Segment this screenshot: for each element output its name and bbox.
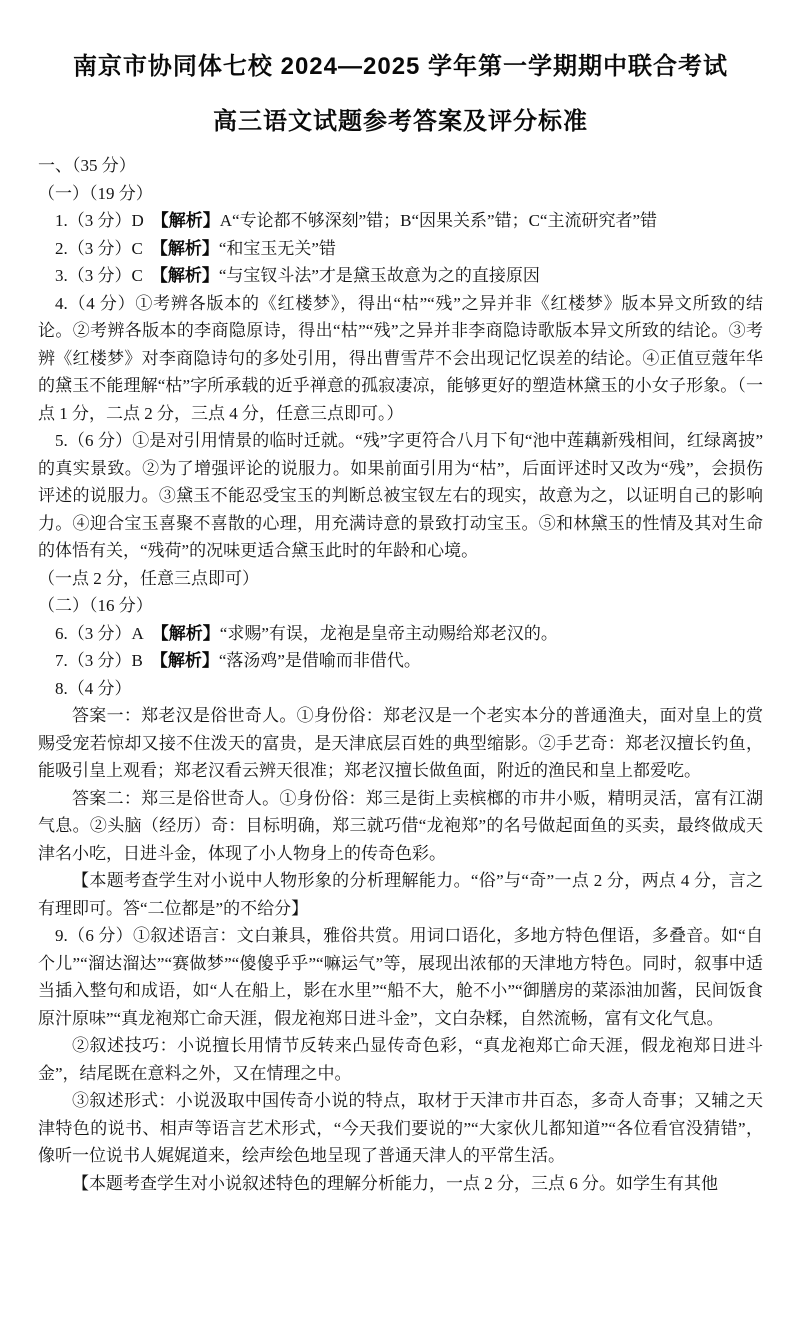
answer-q9-point2: ②叙述技巧：小说擅长用情节反转来凸显传奇色彩，“真龙袍郑亡命天涯，假龙袍郑日进斗… <box>38 1032 763 1087</box>
q3-analysis-marker: 【解析】 <box>151 266 219 285</box>
answer-q3: 3.（3 分）C【解析】“与宝钗斗法”才是黛玉故意为之的直接原因 <box>38 262 763 290</box>
doc-subtitle: 高三语文试题参考答案及评分标准 <box>38 107 763 137</box>
answer-q4: 4.（4 分）①考辨各版本的《红楼梦》，得出“枯”“残”之异并非《红楼梦》版本异… <box>38 290 763 428</box>
q6-analysis-marker: 【解析】 <box>152 624 220 643</box>
q3-analysis-text: “与宝钗斗法”才是黛玉故意为之的直接原因 <box>219 266 540 285</box>
answer-q2: 2.（3 分）C【解析】“和宝玉无关”错 <box>38 235 763 263</box>
q1-label: 1.（3 分）D <box>55 211 144 230</box>
answer-q6: 6.（3 分）A【解析】“求赐”有误，龙袍是皇帝主动赐给郑老汉的。 <box>38 620 763 648</box>
q1-analysis-marker: 【解析】 <box>152 211 220 230</box>
heading-section-one: （一）（19 分） <box>38 180 763 208</box>
q2-analysis-text: “和宝玉无关”错 <box>219 239 336 258</box>
answer-q5: 5.（6 分）①是对引用情景的临时迁就。“残”字更符合八月下旬“池中莲藕新残相间… <box>38 427 763 565</box>
q6-label: 6.（3 分）A <box>55 624 144 643</box>
q7-label: 7.（3 分）B <box>55 651 143 670</box>
q7-analysis-marker: 【解析】 <box>151 651 219 670</box>
q8-scoring-note: 【本题考查学生对小说中人物形象的分析理解能力。“俗”与“奇”一点 2 分，两点 … <box>38 867 763 922</box>
answer-q7: 7.（3 分）B【解析】“落汤鸡”是借喻而非借代。 <box>38 647 763 675</box>
q8-answer-one: 答案一：郑老汉是俗世奇人。①身份俗：郑老汉是一个老实本分的普通渔夫，面对皇上的赏… <box>38 702 763 785</box>
heading-section-two: （二）（16 分） <box>38 592 763 620</box>
q1-analysis-text: A“专论都不够深刻”错；B“因果关系”错；C“主流研究者”错 <box>220 211 657 230</box>
answer-q9-point3: ③叙述形式：小说汲取中国传奇小说的特点，取材于天津市井百态，多奇人奇事；又辅之天… <box>38 1087 763 1170</box>
answer-q1: 1.（3 分）D【解析】A“专论都不够深刻”错；B“因果关系”错；C“主流研究者… <box>38 207 763 235</box>
q6-analysis-text: “求赐”有误，龙袍是皇帝主动赐给郑老汉的。 <box>220 624 558 643</box>
q3-label: 3.（3 分）C <box>55 266 143 285</box>
q2-label: 2.（3 分）C <box>55 239 143 258</box>
answer-q9-point1: 9.（6 分）①叙述语言：文白兼具，雅俗共赏。用词口语化，多地方特色俚语，多叠音… <box>38 922 763 1032</box>
doc-title: 南京市协同体七校 2024—2025 学年第一学期期中联合考试 <box>38 52 763 82</box>
heading-part-one: 一、（35 分） <box>38 152 763 180</box>
q9-scoring-note: 【本题考查学生对小说叙述特色的理解分析能力，一点 2 分，三点 6 分。如学生有… <box>38 1170 763 1198</box>
q8-label: 8.（4 分） <box>38 675 763 703</box>
q2-analysis-marker: 【解析】 <box>151 239 219 258</box>
q5-scoring-note: （一点 2 分，任意三点即可） <box>38 565 763 593</box>
q8-answer-two: 答案二：郑三是俗世奇人。①身份俗：郑三是街上卖槟榔的市井小贩，精明灵活，富有江湖… <box>38 785 763 868</box>
document-page: 南京市协同体七校 2024—2025 学年第一学期期中联合考试 高三语文试题参考… <box>0 0 800 1319</box>
q7-analysis-text: “落汤鸡”是借喻而非借代。 <box>219 651 421 670</box>
